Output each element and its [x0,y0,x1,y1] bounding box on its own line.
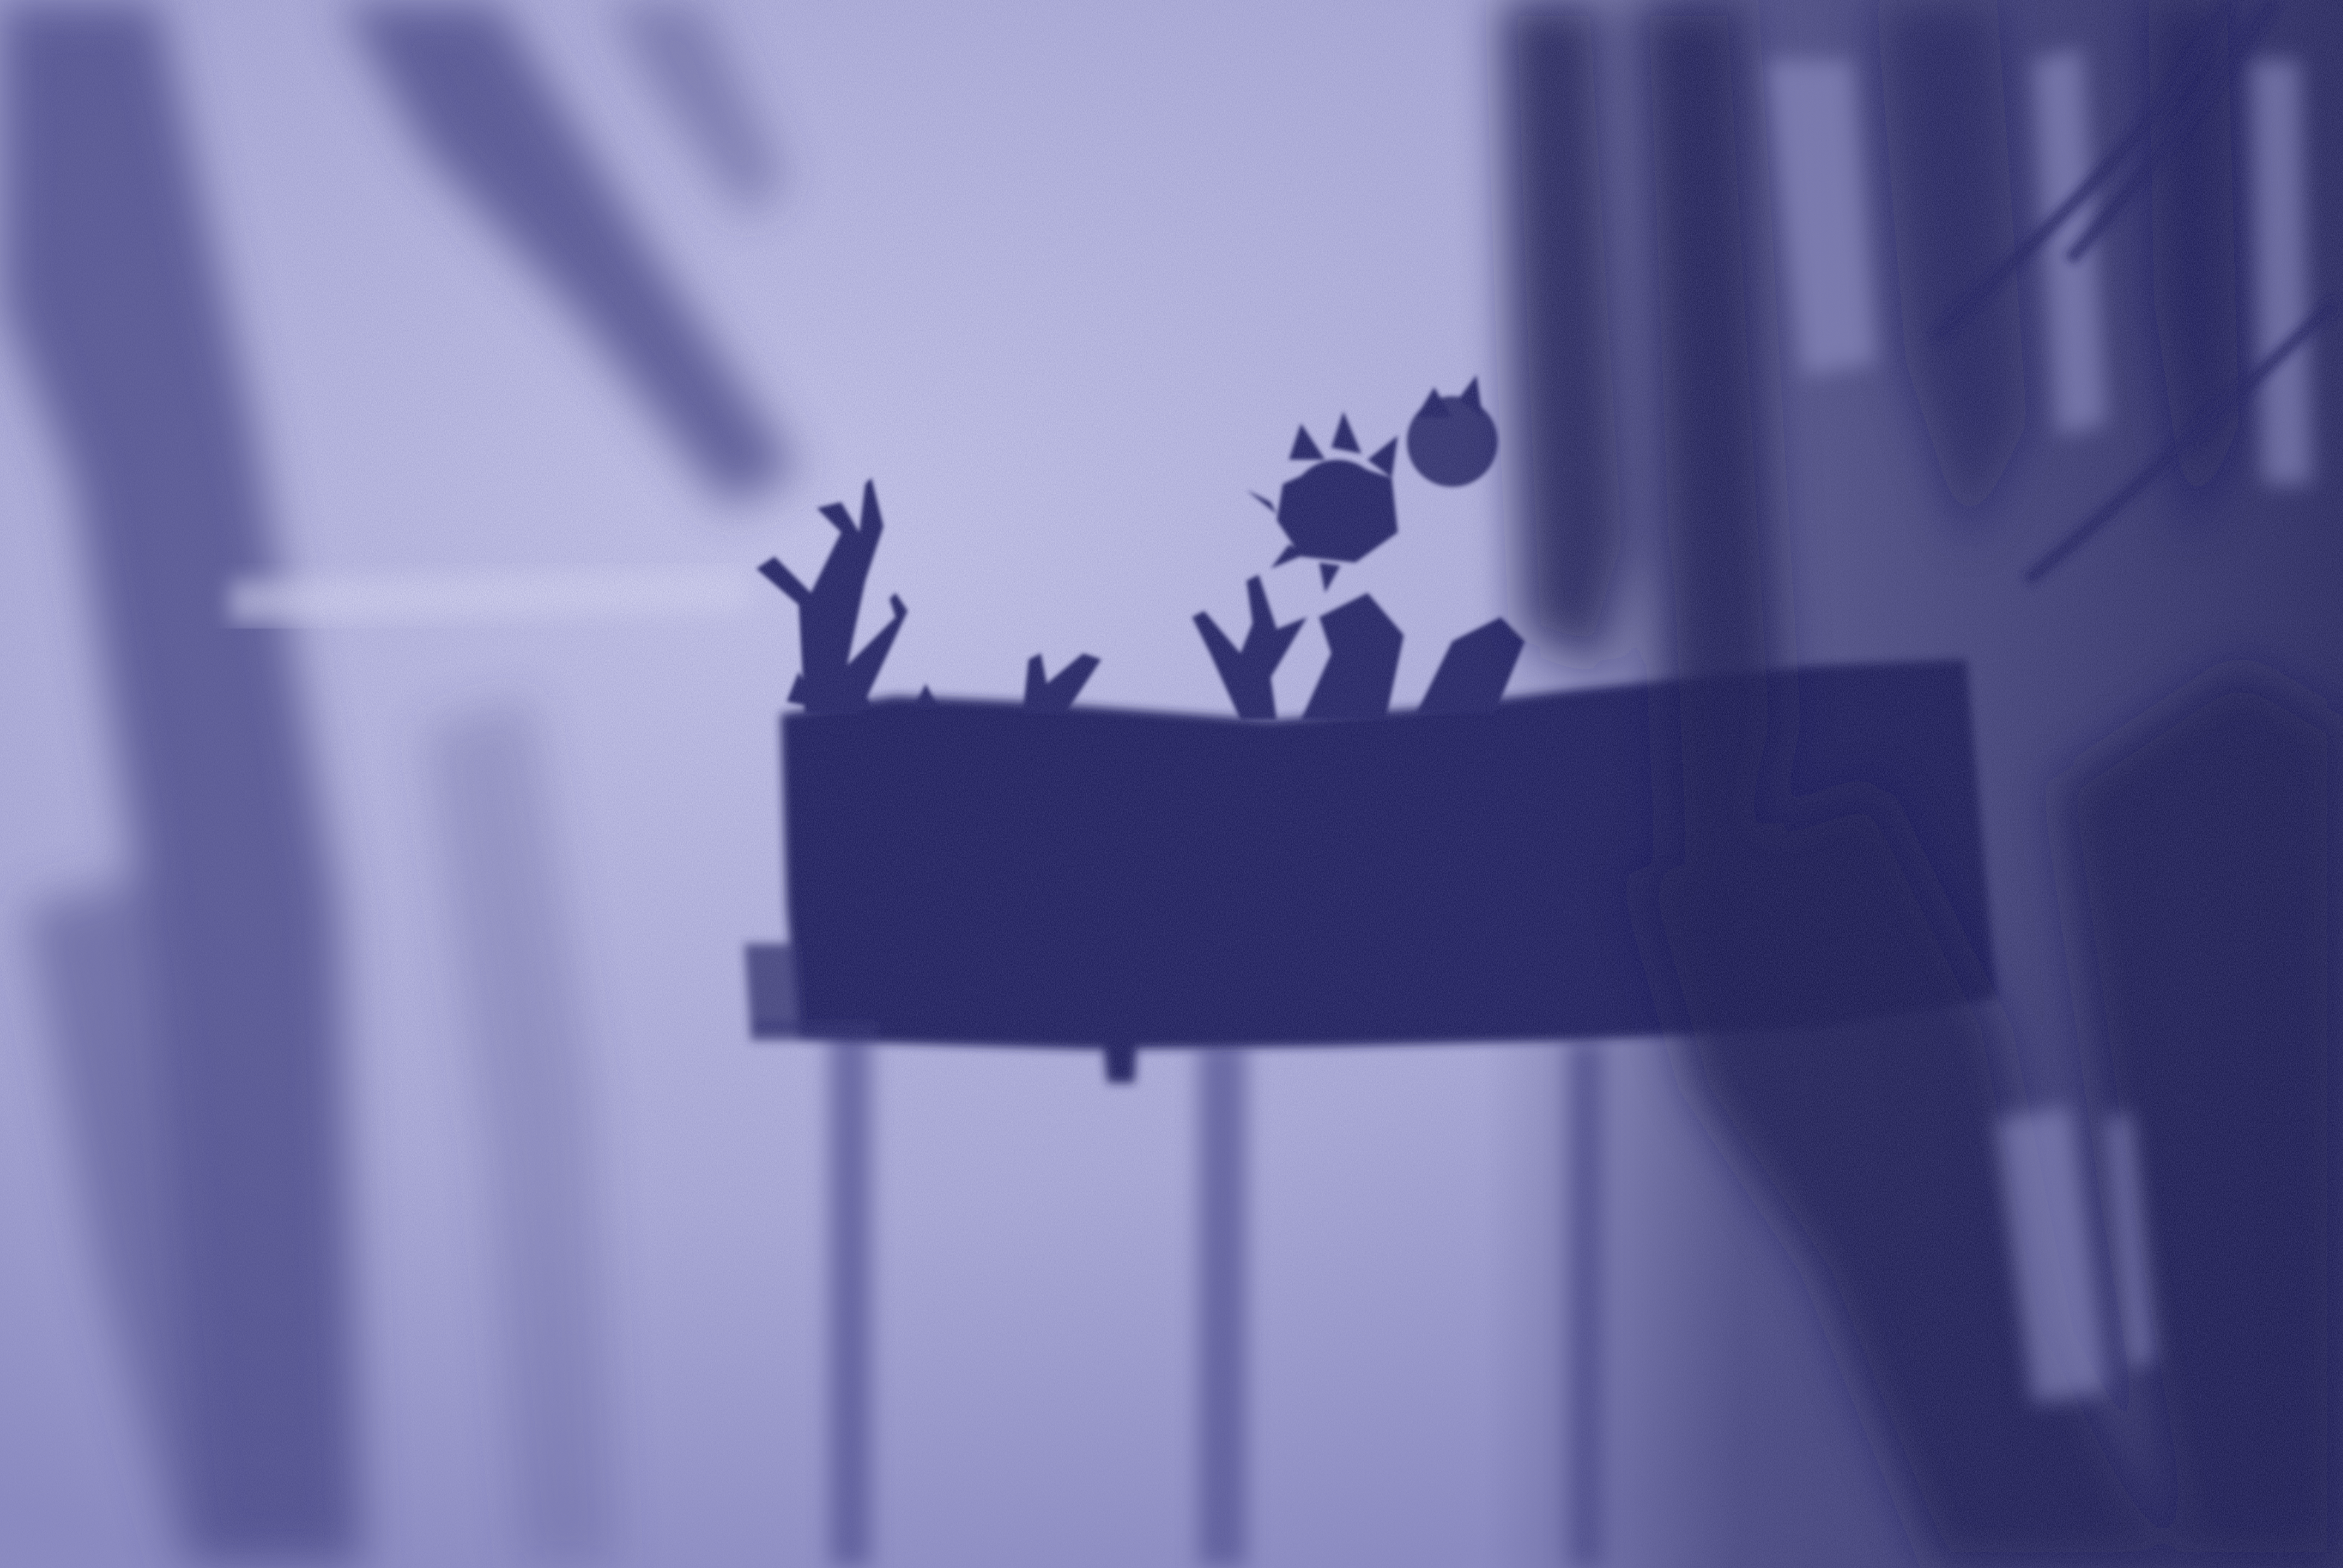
fabric-texture [0,0,2343,1568]
photo-canvas [0,0,2343,1568]
